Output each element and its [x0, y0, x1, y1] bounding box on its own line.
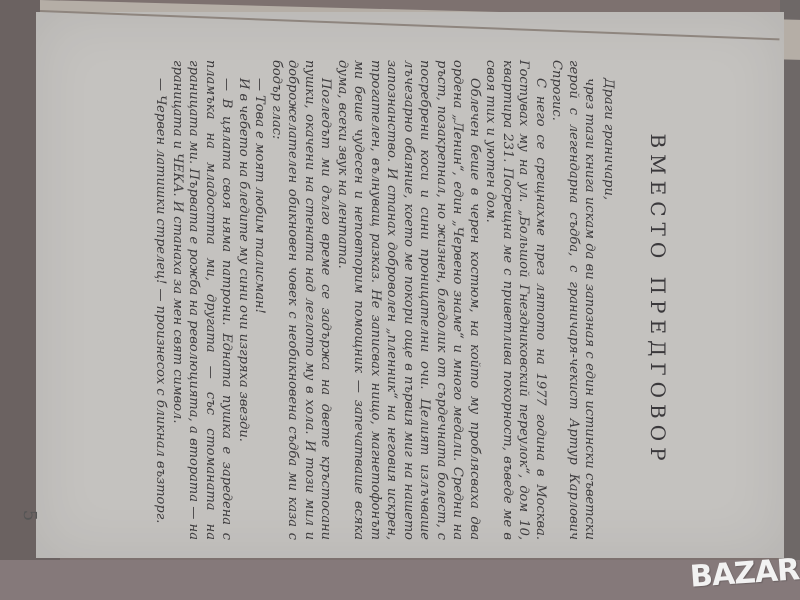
page-content: ВМЕСТО ПРЕДГОВОР Драги граничари, чрез т… — [60, 30, 740, 570]
paragraph: Облечен беше в черен костюм, на който му… — [334, 60, 483, 540]
page-number: 5 — [19, 510, 40, 521]
paragraph: чрез тази книга искам да ви запозная с е… — [548, 60, 598, 540]
paragraph: Погледът ми дълго време се задържа на дв… — [268, 60, 334, 540]
photo-scene: ВМЕСТО ПРЕДГОВОР Драги граничари, чрез т… — [0, 0, 800, 600]
chapter-title: ВМЕСТО ПРЕДГОВОР — [646, 30, 670, 570]
paragraph: И в чебето на бледите му сини очи изгрях… — [235, 60, 252, 540]
greeting: Драги граничари, — [600, 60, 617, 540]
paragraph: — В цялата своя няма патрони. Едната пуш… — [169, 60, 235, 540]
paragraph: — Червен латишки стрелец! — произнесох с… — [152, 60, 169, 540]
paragraph: С него се срещнахме през лятото на 1977 … — [482, 60, 548, 540]
body-text: Драги граничари, чрез тази книга искам д… — [152, 30, 616, 570]
paragraph: — Това е моят любим талисман! — [251, 60, 268, 540]
